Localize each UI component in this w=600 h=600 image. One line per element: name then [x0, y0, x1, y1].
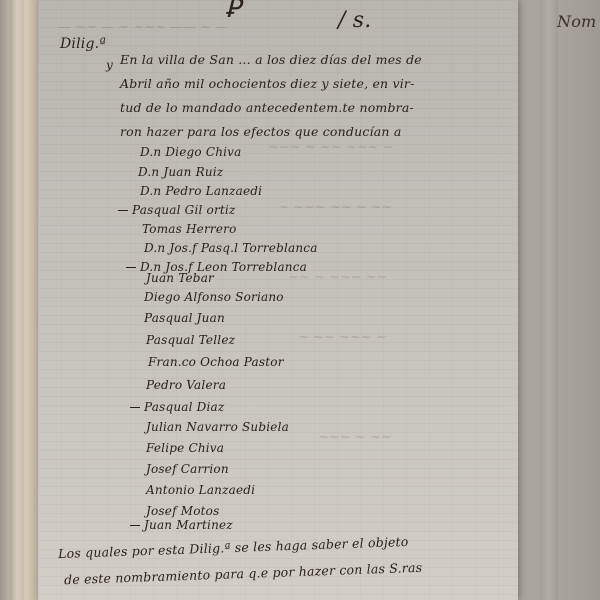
name-text: Julian Navarro Subiela	[146, 420, 289, 434]
name-text: Tomas Herrero	[142, 222, 237, 236]
name-entry: Tomas Herrero	[142, 222, 237, 236]
name-text: D.n Juan Ruiz	[138, 165, 223, 179]
name-entry: Felipe Chiva	[146, 441, 224, 455]
name-entry: Pasqual Tellez	[146, 333, 235, 347]
name-entry: Antonio Lanzaedi	[146, 483, 255, 497]
name-entry: Pedro Valera	[146, 378, 226, 392]
name-text: Pasqual Juan	[144, 311, 225, 325]
name-entry: D.n Jos.f Pasq.l Torreblanca	[144, 241, 318, 255]
name-entry: Josef Motos	[146, 504, 219, 518]
name-entry: Juan Tebar	[146, 271, 214, 285]
body-line: tud de lo mandado antecedentem.te nombra…	[120, 100, 414, 115]
name-text: Juan Martinez	[144, 518, 233, 532]
margin-label: Dilig.ª	[60, 36, 106, 52]
name-text: D.n Diego Chiva	[140, 145, 242, 159]
name-text: Antonio Lanzaedi	[146, 483, 255, 497]
name-text: Josef Motos	[146, 504, 219, 518]
dash-mark	[118, 210, 128, 211]
name-entry: Pasqual Gil ortiz	[118, 203, 235, 217]
name-entry: Juan Martinez	[130, 518, 233, 532]
name-text: Pedro Valera	[146, 378, 226, 392]
name-entry: Pasqual Juan	[144, 311, 225, 325]
name-entry: D.n Pedro Lanzaedi	[140, 184, 262, 198]
name-entry: Julian Navarro Subiela	[146, 420, 289, 434]
name-text: D.n Pedro Lanzaedi	[140, 184, 262, 198]
margin-sub: y	[106, 58, 113, 72]
name-text: Josef Carrion	[146, 462, 229, 476]
dash-mark	[130, 525, 140, 526]
dash-mark	[126, 267, 136, 268]
name-text: Diego Alfonso Soriano	[144, 290, 284, 304]
heading-mark: / s.	[338, 8, 372, 33]
right-page-heading: Nom	[557, 12, 596, 31]
name-entry: Josef Carrion	[146, 462, 229, 476]
name-text: Juan Tebar	[146, 271, 214, 285]
name-entry: Pasqual Diaz	[130, 400, 224, 414]
dash-mark	[130, 407, 140, 408]
name-entry: D.n Juan Ruiz	[138, 165, 223, 179]
body-line: Abril año mil ochocientos diez y siete, …	[120, 76, 415, 91]
name-text: Felipe Chiva	[146, 441, 224, 455]
name-entry: Diego Alfonso Soriano	[144, 290, 284, 304]
name-text: Fran.co Ochoa Pastor	[148, 355, 284, 369]
body-line: ron hazer para los efectos que conducían…	[120, 124, 401, 139]
name-text: Pasqual Gil ortiz	[132, 203, 235, 217]
name-entry: Fran.co Ochoa Pastor	[148, 355, 284, 369]
name-text: Pasqual Tellez	[146, 333, 235, 347]
name-text: Pasqual Diaz	[144, 400, 224, 414]
heading-flourish: Ꝑ	[225, 0, 241, 24]
name-text: D.n Jos.f Pasq.l Torreblanca	[144, 241, 318, 255]
body-line: En la villa de San … a los diez días del…	[120, 52, 422, 67]
name-entry: D.n Diego Chiva	[140, 145, 242, 159]
